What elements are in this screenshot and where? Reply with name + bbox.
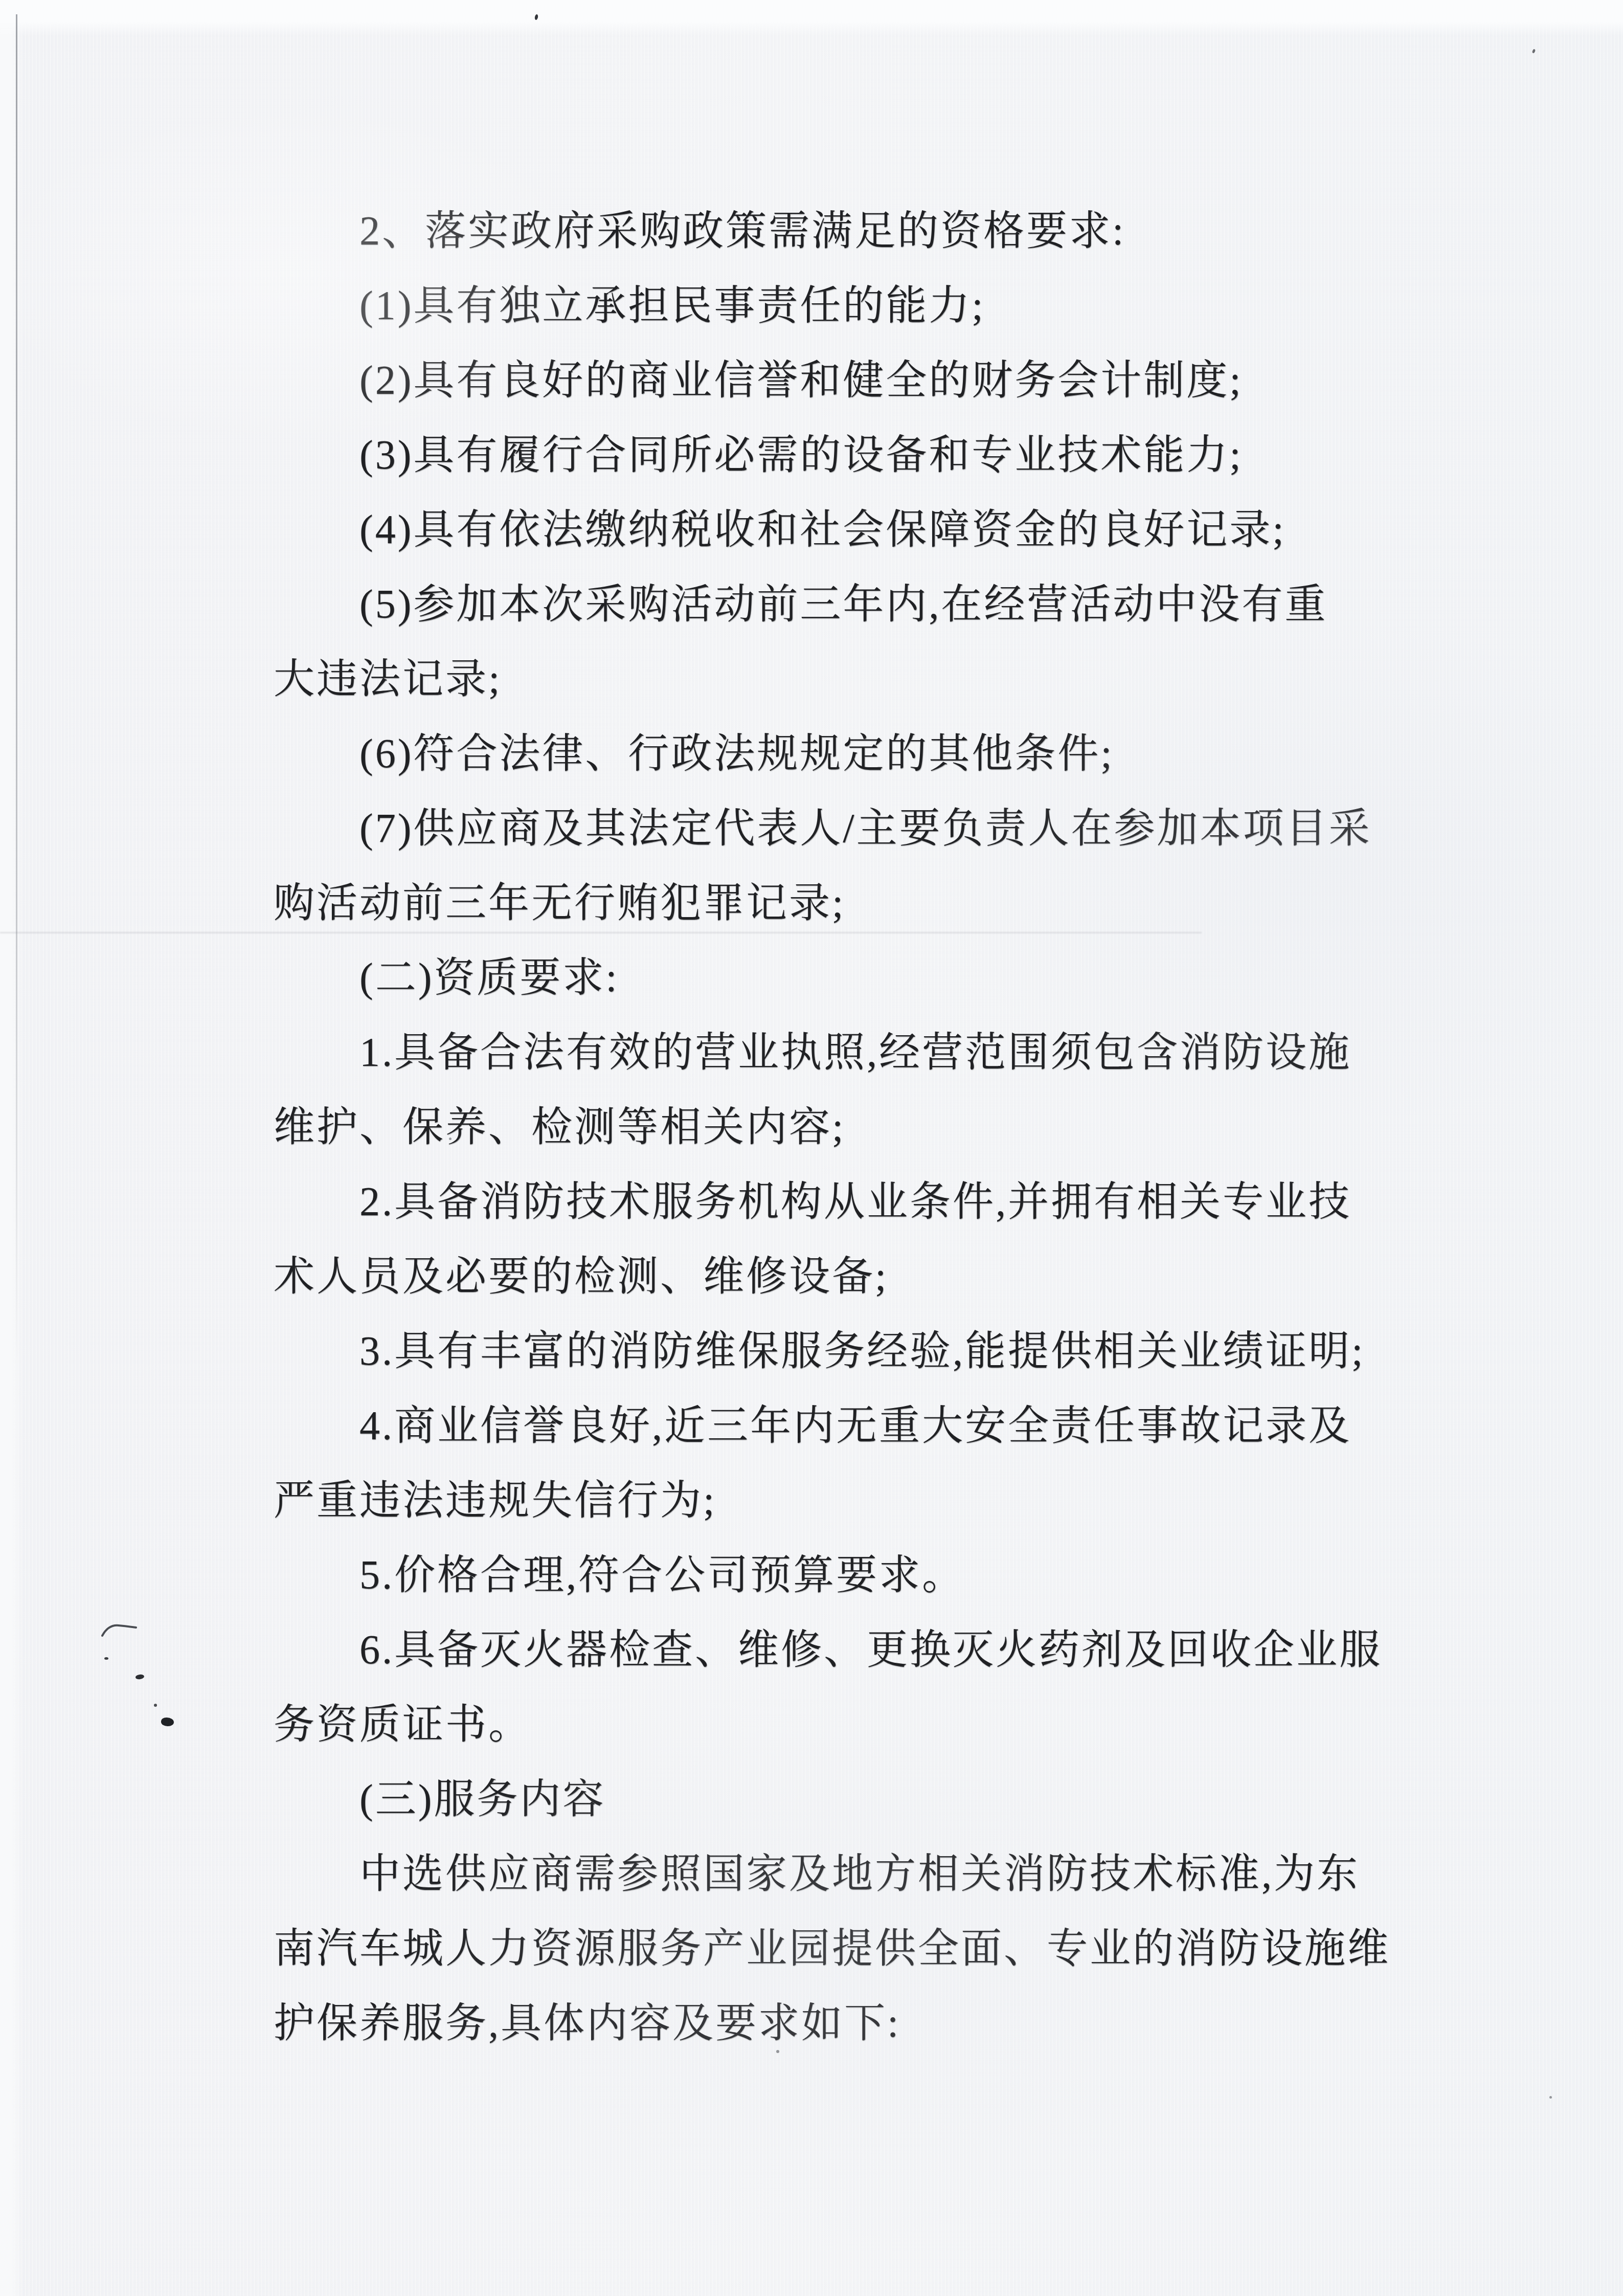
document-line: (3)具有履行合同所必需的设备和专业技术能力; [274, 418, 1511, 493]
scanned-document-page: 2、落实政府采购政策需满足的资格要求: (1)具有独立承担民事责任的能力; (2… [0, 0, 1623, 2296]
document-line: (4)具有依法缴纳税收和社会保障资金的良好记录; [274, 493, 1511, 567]
ink-blob [135, 1674, 144, 1680]
ink-speck [1532, 49, 1536, 53]
document-line: (6)符合法律、行政法规规定的其他条件; [274, 717, 1511, 791]
document-line: 5.价格合理,符合公司预算要求。 [274, 1538, 1511, 1613]
document-line: (三)服务内容 [274, 1762, 1511, 1837]
scan-edge-line [16, 14, 17, 1359]
document-text: 2、落实政府采购政策需满足的资格要求: (1)具有独立承担民事责任的能力; (2… [274, 194, 1511, 2061]
document-line: 2.具备消防技术服务机构从业条件,并拥有相关专业技 [274, 1165, 1511, 1239]
document-line: (二)资质要求: [274, 941, 1511, 1015]
document-line: 严重违法违规失信行为; [274, 1463, 1511, 1538]
document-line: (7)供应商及其法定代表人/主要负责人在参加本项目采 [274, 791, 1511, 866]
document-line: 1.具备合法有效的营业执照,经营范围须包含消防设施 [274, 1015, 1511, 1090]
document-line: 6.具备灭火器检查、维修、更换灭火药剂及回收企业服 [274, 1613, 1511, 1687]
document-line: (1)具有独立承担民事责任的能力; [274, 269, 1511, 343]
document-line: 大违法记录; [274, 642, 1511, 717]
ink-speck [104, 1657, 108, 1660]
document-line: 务资质证书。 [274, 1687, 1511, 1762]
document-line: 2、落实政府采购政策需满足的资格要求: [274, 194, 1511, 269]
document-line: (2)具有良好的商业信誉和健全的财务会计制度; [274, 343, 1511, 418]
document-line: 中选供应商需参照国家及地方相关消防技术标准,为东 [274, 1837, 1511, 1911]
document-line: 购活动前三年无行贿犯罪记录; [274, 866, 1511, 941]
pen-stroke-mark [101, 1620, 138, 1639]
document-line: 3.具有丰富的消防维保服务经验,能提供相关业绩证明; [274, 1314, 1511, 1389]
ink-speck [534, 14, 538, 20]
document-line: 南汽车城人力资源服务产业园提供全面、专业的消防设施维 [274, 1911, 1511, 1986]
ink-speck [1549, 2096, 1552, 2099]
document-line: (5)参加本次采购活动前三年内,在经营活动中没有重 [274, 567, 1511, 642]
document-line: 术人员及必要的检测、维修设备; [274, 1239, 1511, 1314]
ink-blob [161, 1718, 174, 1726]
document-line: 护保养服务,具体内容及要求如下: [274, 1986, 1511, 2061]
ink-speck [154, 1704, 157, 1707]
document-line: 4.商业信誉良好,近三年内无重大安全责任事故记录及 [274, 1389, 1511, 1463]
document-line: 维护、保养、检测等相关内容; [274, 1090, 1511, 1165]
